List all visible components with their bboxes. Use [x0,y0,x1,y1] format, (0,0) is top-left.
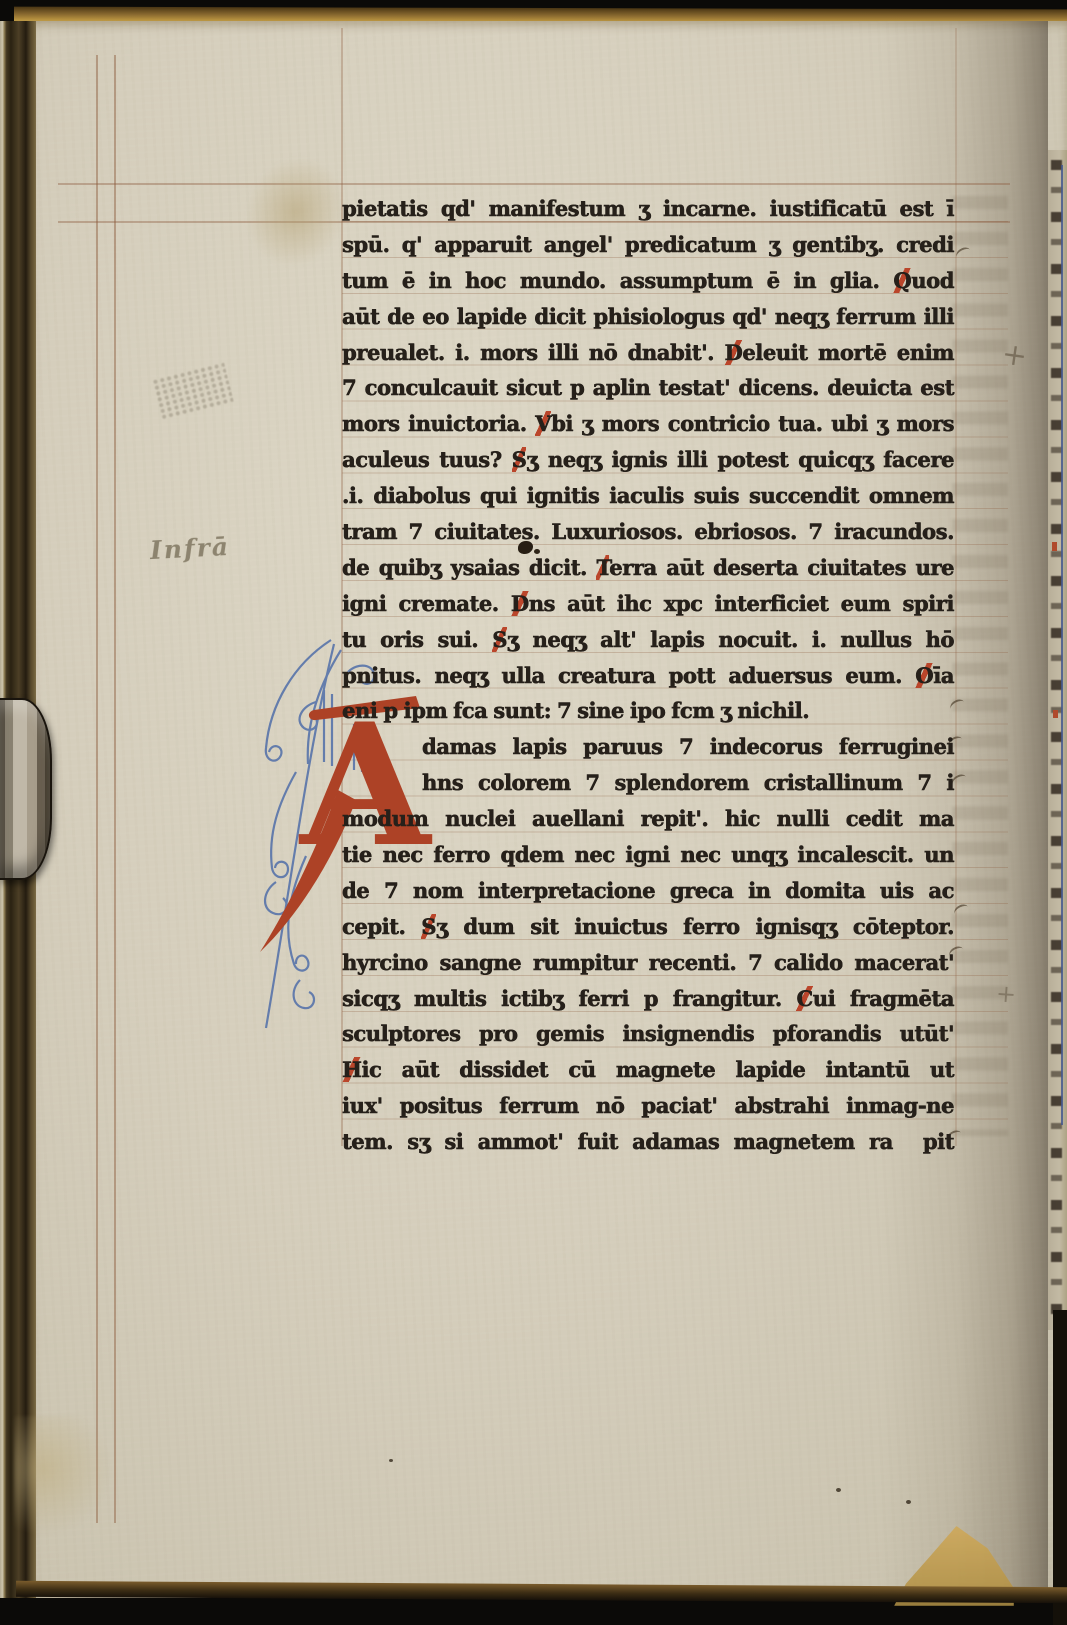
text-line: tram 7 ciuitates. Luxuriosos. ebriosos. … [342,514,954,550]
manuscript-photo: + + Infrā [0,0,1067,1625]
text-line: Hic aūt dissidet cū magnete lapide intan… [342,1052,954,1088]
text-line: .i. diabolus qui ignitis iaculis suis su… [342,478,954,514]
text-line: hns colorem 7 splendorem cristallinum 7 … [342,765,954,801]
speck [906,1500,911,1504]
text-line: modum nuclei auellani repit'. hic nulli … [342,801,954,837]
facing-page-rubric-fragment [1053,710,1058,718]
text-line: hyrcino sangne rumpitur recenti. 7 calid… [342,945,954,981]
rubricated-initial: S [421,914,436,939]
rubricated-initial: Q [893,268,911,293]
margin-rule-vertical [96,55,98,1523]
text-line: tem. sʒ si ammot' fuit adamas magnetem r… [342,1124,954,1160]
speck [836,1488,841,1492]
rubricated-initial: H [342,1057,361,1082]
plummet-cross-mark: + [1000,336,1030,374]
text-line: iux' positus ferrum nō paciat' abstrahi … [342,1088,954,1124]
rubricated-initial: D [511,591,529,616]
text-line: cepit. Sʒ dum sit inuictus ferro ignisqʒ… [342,909,954,945]
text-line: de quibʒ ysaias dicit. Terra aūt deserta… [342,550,954,586]
text-line: mors inuictoria. Vbi ʒ mors contricio tu… [342,406,954,442]
rubricated-initial: S [512,447,527,472]
text-line: spū. q' apparuit angel' predicatum ʒ gen… [342,227,954,263]
rubricated-initial: S [492,627,507,652]
text-line: sicqʒ multis ictibʒ ferri p frangitur. C… [342,981,954,1017]
marginal-note: Infrā [149,532,230,565]
text-line: de 7 nom interpretacione greca in domita… [342,873,954,909]
facing-page-sliver [1048,150,1067,1330]
rubricated-initial: D [725,340,743,365]
gutter-dark-edge [1053,1310,1067,1625]
margin-rule-vertical [114,55,116,1523]
text-line: tum ē in hoc mundo. assumptum ē in glia.… [342,263,954,299]
text-line: pnitus. neqʒ ulla creatura pott aduersus… [342,658,954,694]
rubricated-initial: T [596,555,609,580]
text-line: aūt de eo lapide dicit phisiologus qd' n… [342,299,954,335]
speck [389,1459,393,1462]
text-line: aculeus tuus? Sʒ neqʒ ignis illi potest … [342,442,954,478]
text-line: tie nec ferro qdem nec igni nec unqʒ inc… [342,837,954,873]
facing-page-blue-rule [1061,165,1063,1125]
text-line: sculptores pro gemis insignendis pforand… [342,1016,954,1052]
text-line: eni p ipm fca sunt: 7 sine ipo fcm ʒ nic… [342,693,954,729]
text-line: pietatis qd' manifestum ʒ incarne. iusti… [342,191,954,227]
text-line: igni cremate. Dns aūt ihc xpc interficie… [342,586,954,622]
rubricated-initial: O [915,663,933,688]
text-line: preualet. i. mors illi nō dnabit'. Deleu… [342,335,954,371]
rubricated-initial: C [796,986,812,1011]
text-column: pietatis qd' manifestum ʒ incarne. iusti… [342,191,954,1160]
book-clasp [0,698,52,880]
rubricated-initial: V [535,411,551,436]
header-rule-horizontal [58,183,1010,185]
plummet-cross-mark: + [995,979,1017,1008]
text-line: 7 conculcauit sicut p aplin testat' dice… [342,370,954,406]
text-line: damas lapis paruus 7 indecorus ferrugine… [342,729,954,765]
text-line: tu oris sui. Sʒ neqʒ alt' lapis nocuit. … [342,622,954,658]
facing-page-rubric-fragment [1052,542,1057,551]
